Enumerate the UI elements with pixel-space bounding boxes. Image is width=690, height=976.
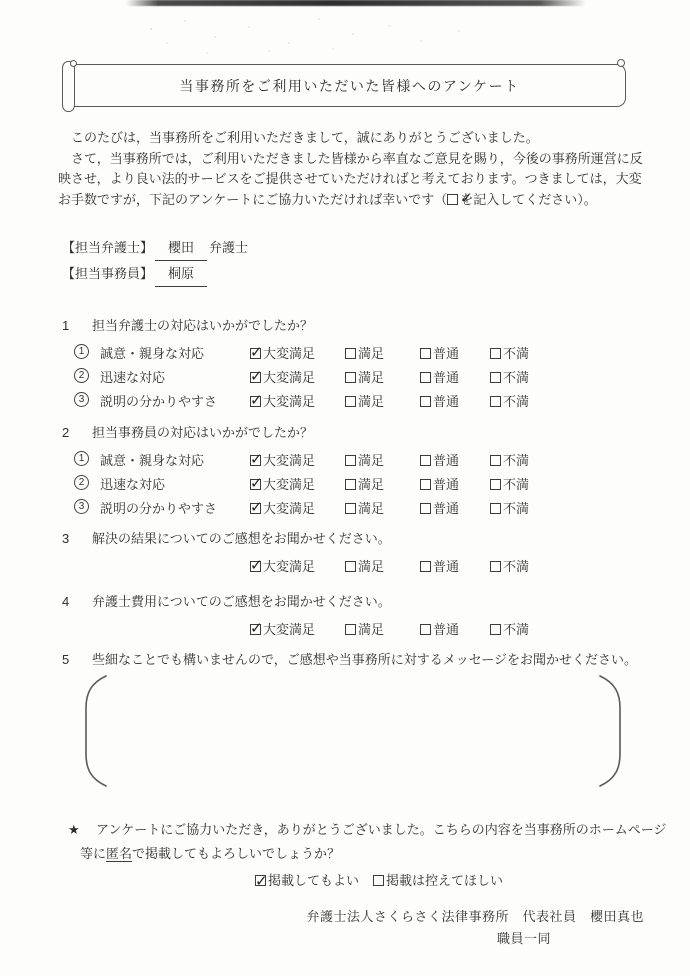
option-label: 満足 bbox=[358, 501, 384, 516]
consent-line-2-post: で掲載してもよろしいでしょうか？ bbox=[132, 846, 340, 861]
option-label: 普通 bbox=[433, 453, 459, 468]
scan-artifact-band bbox=[126, 0, 586, 6]
row-number-circle: 2 bbox=[74, 475, 89, 490]
option-very-satisfied: 大変満足 bbox=[250, 474, 315, 493]
intro-line-2-post: を記入してください）。 bbox=[460, 192, 597, 207]
row-label: 迅速な対応 bbox=[100, 367, 165, 386]
row-label: 説明の分かりやすさ bbox=[100, 498, 217, 517]
checked-checkbox-icon bbox=[250, 503, 261, 514]
option-label: 不満 bbox=[503, 477, 529, 492]
empty-checkbox-icon bbox=[490, 372, 501, 383]
row-number-circle: 3 bbox=[74, 392, 89, 407]
option-dissatisfied: 不満 bbox=[490, 619, 529, 638]
empty-checkbox-icon bbox=[345, 561, 356, 572]
title-banner: 当事務所をご利用いただいた皆様へのアンケート bbox=[73, 64, 626, 107]
question-row: 大変満足 満足 普通 不満 bbox=[62, 554, 642, 578]
comment-answer-area bbox=[62, 672, 632, 792]
empty-checkbox-icon bbox=[420, 561, 431, 572]
question-title: 弁護士費用についてのご感想をお聞かせください。 bbox=[92, 594, 391, 609]
question-3-heading: 3解決の結果についてのご感想をお聞かせください。 bbox=[62, 528, 642, 554]
intro-line-1: このたびは，当事務所をご利用いただきまして，誠にありがとうございました。 bbox=[58, 128, 648, 149]
checked-checkbox-icon bbox=[255, 875, 266, 886]
question-row: 3 説明の分かりやすさ 大変満足 満足 普通 不満 bbox=[62, 389, 642, 413]
row-number-circle: 3 bbox=[74, 499, 89, 514]
row-number-circle: 1 bbox=[74, 344, 89, 359]
scroll-knob-left-icon bbox=[70, 60, 77, 67]
option-very-satisfied: 大変満足 bbox=[250, 556, 315, 575]
empty-checkbox-icon bbox=[490, 396, 501, 407]
empty-checkbox-icon bbox=[420, 479, 431, 490]
empty-checkbox-icon bbox=[420, 372, 431, 383]
staff-block: 【担当弁護士】櫻田弁護士 【担当事務員】桐原 bbox=[62, 235, 248, 287]
question-title: 些細なことでも構いませんので，ご感想や当事務所に対するメッセージをお聞かせくださ… bbox=[92, 652, 637, 667]
firm-signature-line: 弁護士法人さくらさく法律事務所 代表社員 櫻田真也 bbox=[0, 906, 644, 925]
option-label: 満足 bbox=[358, 394, 384, 409]
option-very-satisfied: 大変満足 bbox=[250, 450, 315, 469]
consent-line-1: アンケートにご協力いただき，ありがとうございました。こちらの内容を当事務所のホー… bbox=[96, 818, 666, 842]
option-allow-publish: 掲載してもよい bbox=[255, 869, 359, 893]
option-label: 普通 bbox=[433, 370, 459, 385]
star-icon: ★ bbox=[68, 818, 80, 842]
clerk-label: 【担当事務員】 bbox=[62, 266, 153, 281]
lawyer-label: 【担当弁護士】 bbox=[62, 240, 153, 255]
question-title: 担当弁護士の対応はいかがでしたか？ bbox=[92, 318, 313, 333]
option-normal: 普通 bbox=[420, 619, 459, 638]
option-label: 普通 bbox=[433, 501, 459, 516]
question-1: 1担当弁護士の対応はいかがでしたか？ 1 誠意・親身な対応 大変満足 満足 普通… bbox=[62, 315, 642, 414]
option-dissatisfied: 不満 bbox=[490, 343, 529, 362]
option-satisfied: 満足 bbox=[345, 498, 384, 517]
empty-checkbox-icon bbox=[345, 455, 356, 466]
checked-checkbox-icon bbox=[250, 561, 261, 572]
empty-checkbox-icon bbox=[490, 561, 501, 572]
intro-line-1-text: このたびは，当事務所をご利用いただきまして，誠にありがとうございました。 bbox=[71, 130, 539, 145]
empty-checkbox-icon bbox=[420, 455, 431, 466]
option-label: 不満 bbox=[503, 501, 529, 516]
lawyer-name-field: 櫻田 bbox=[155, 235, 207, 261]
option-very-satisfied: 大変満足 bbox=[250, 498, 315, 517]
option-normal: 普通 bbox=[420, 498, 459, 517]
left-parenthesis bbox=[82, 674, 108, 788]
question-row: 3 説明の分かりやすさ 大変満足 満足 普通 不満 bbox=[62, 496, 642, 520]
option-label: 大変満足 bbox=[263, 370, 315, 385]
option-label: 満足 bbox=[358, 622, 384, 637]
option-label: 不満 bbox=[503, 346, 529, 361]
empty-checkbox-icon bbox=[373, 875, 384, 886]
consent-line-2: 等に匿名で掲載してもよろしいでしょうか？ bbox=[80, 842, 340, 866]
scroll-roll-left bbox=[62, 61, 75, 112]
option-dissatisfied: 不満 bbox=[490, 367, 529, 386]
checked-checkbox-icon bbox=[250, 396, 261, 407]
anonymous-underlined: 匿名 bbox=[106, 846, 132, 862]
clerk-line: 【担当事務員】桐原 bbox=[62, 261, 248, 287]
question-2-heading: 2担当事務員の対応はいかがでしたか？ bbox=[62, 422, 642, 448]
empty-checkbox-icon bbox=[420, 624, 431, 635]
question-number: 4 bbox=[62, 594, 92, 609]
empty-checkbox-icon bbox=[490, 348, 501, 359]
question-row: 1 誠意・親身な対応 大変満足 満足 普通 不満 bbox=[62, 448, 642, 472]
checked-checkbox-icon bbox=[250, 479, 261, 490]
option-label: 普通 bbox=[433, 477, 459, 492]
option-label: 普通 bbox=[433, 394, 459, 409]
checked-checkbox-icon bbox=[250, 372, 261, 383]
option-normal: 普通 bbox=[420, 474, 459, 493]
option-normal: 普通 bbox=[420, 343, 459, 362]
option-very-satisfied: 大変満足 bbox=[250, 367, 315, 386]
right-parenthesis bbox=[598, 674, 624, 788]
option-dissatisfied: 不満 bbox=[490, 556, 529, 575]
option-label: 大変満足 bbox=[263, 501, 315, 516]
option-very-satisfied: 大変満足 bbox=[250, 619, 315, 638]
empty-checkbox-icon bbox=[420, 396, 431, 407]
option-normal: 普通 bbox=[420, 391, 459, 410]
row-number-circle: 1 bbox=[74, 451, 89, 466]
option-label: 掲載してもよい bbox=[268, 873, 359, 888]
staff-signature-line: 職員一同 bbox=[497, 928, 551, 947]
option-label: 大変満足 bbox=[263, 453, 315, 468]
option-very-satisfied: 大変満足 bbox=[250, 391, 315, 410]
option-satisfied: 満足 bbox=[345, 450, 384, 469]
row-label: 迅速な対応 bbox=[100, 474, 165, 493]
option-label: 大変満足 bbox=[263, 394, 315, 409]
option-label: 満足 bbox=[358, 559, 384, 574]
option-dissatisfied: 不満 bbox=[490, 474, 529, 493]
option-satisfied: 満足 bbox=[345, 556, 384, 575]
empty-checkbox-icon bbox=[345, 372, 356, 383]
option-label: 大変満足 bbox=[263, 622, 315, 637]
option-satisfied: 満足 bbox=[345, 474, 384, 493]
lawyer-line: 【担当弁護士】櫻田弁護士 bbox=[62, 235, 248, 261]
checked-checkbox-icon bbox=[250, 455, 261, 466]
question-row: 大変満足 満足 普通 不満 bbox=[62, 617, 642, 641]
option-label: 大変満足 bbox=[263, 559, 315, 574]
question-4: 4弁護士費用についてのご感想をお聞かせください。 大変満足 満足 普通 不満 bbox=[62, 591, 642, 641]
option-label: 不満 bbox=[503, 370, 529, 385]
empty-checkbox-icon bbox=[490, 479, 501, 490]
empty-checkbox-icon bbox=[345, 396, 356, 407]
option-label: 普通 bbox=[433, 622, 459, 637]
empty-checkbox-icon bbox=[345, 479, 356, 490]
empty-checkbox-icon bbox=[490, 455, 501, 466]
checked-checkbox-icon bbox=[250, 348, 261, 359]
empty-checkbox-icon bbox=[345, 503, 356, 514]
row-label: 誠意・親身な対応 bbox=[100, 343, 204, 362]
option-label: 不満 bbox=[503, 394, 529, 409]
consent-line-2-pre: 等に bbox=[80, 846, 106, 861]
option-satisfied: 満足 bbox=[345, 367, 384, 386]
option-label: 満足 bbox=[358, 453, 384, 468]
scan-noise-speckles bbox=[0, 0, 2, 2]
option-label: 掲載は控えてほしい bbox=[386, 873, 503, 888]
option-label: 不満 bbox=[503, 559, 529, 574]
option-label: 満足 bbox=[358, 370, 384, 385]
question-number: 1 bbox=[62, 318, 92, 333]
option-dissatisfied: 不満 bbox=[490, 498, 529, 517]
question-row: 2 迅速な対応 大変満足 満足 普通 不満 bbox=[62, 365, 642, 389]
question-row: 2 迅速な対応 大変満足 満足 普通 不満 bbox=[62, 472, 642, 496]
option-very-satisfied: 大変満足 bbox=[250, 343, 315, 362]
option-label: 不満 bbox=[503, 622, 529, 637]
scroll-curl-right-icon bbox=[617, 59, 625, 67]
question-1-heading: 1担当弁護士の対応はいかがでしたか？ bbox=[62, 315, 642, 341]
empty-checkbox-icon bbox=[420, 503, 431, 514]
clerk-name-field: 桐原 bbox=[155, 261, 207, 287]
empty-checkbox-icon bbox=[345, 624, 356, 635]
empty-checkbox-icon bbox=[490, 624, 501, 635]
option-label: 満足 bbox=[358, 346, 384, 361]
question-3: 3解決の結果についてのご感想をお聞かせください。 大変満足 満足 普通 不満 bbox=[62, 528, 642, 578]
question-title: 担当事務員の対応はいかがでしたか？ bbox=[92, 425, 313, 440]
lawyer-suffix: 弁護士 bbox=[209, 240, 248, 255]
checked-checkbox-icon bbox=[250, 624, 261, 635]
option-label: 大変満足 bbox=[263, 477, 315, 492]
option-satisfied: 満足 bbox=[345, 343, 384, 362]
consent-options-row: 掲載してもよい 掲載は控えてほしい bbox=[62, 867, 648, 891]
page-title: 当事務所をご利用いただいた皆様へのアンケート bbox=[179, 76, 519, 96]
option-normal: 普通 bbox=[420, 367, 459, 386]
question-title: 解決の結果についてのご感想をお聞かせください。 bbox=[92, 531, 391, 546]
option-label: 普通 bbox=[433, 559, 459, 574]
row-label: 誠意・親身な対応 bbox=[100, 450, 204, 469]
option-normal: 普通 bbox=[420, 450, 459, 469]
option-label: 不満 bbox=[503, 453, 529, 468]
question-number: 5 bbox=[62, 652, 92, 667]
option-label: 満足 bbox=[358, 477, 384, 492]
intro-text: このたびは，当事務所をご利用いただきまして，誠にありがとうございました。 さて，… bbox=[58, 128, 648, 210]
question-4-heading: 4弁護士費用についてのご感想をお聞かせください。 bbox=[62, 591, 642, 617]
question-number: 3 bbox=[62, 531, 92, 546]
empty-checkbox-icon bbox=[420, 348, 431, 359]
option-decline-publish: 掲載は控えてほしい bbox=[373, 869, 503, 893]
question-number: 2 bbox=[62, 425, 92, 440]
empty-checkbox-icon bbox=[345, 348, 356, 359]
question-row: 1 誠意・親身な対応 大変満足 満足 普通 不満 bbox=[62, 341, 642, 365]
option-label: 大変満足 bbox=[263, 346, 315, 361]
option-dissatisfied: 不満 bbox=[490, 450, 529, 469]
option-dissatisfied: 不満 bbox=[490, 391, 529, 410]
intro-line-2: さて，当事務所では，ご利用いただきました皆様から率直なご意見を賜り，今後の事務所… bbox=[58, 149, 648, 211]
row-label: 説明の分かりやすさ bbox=[100, 391, 217, 410]
option-label: 普通 bbox=[433, 346, 459, 361]
option-satisfied: 満足 bbox=[345, 619, 384, 638]
option-satisfied: 満足 bbox=[345, 391, 384, 410]
option-normal: 普通 bbox=[420, 556, 459, 575]
checked-checkbox-icon bbox=[447, 194, 458, 205]
question-2: 2担当事務員の対応はいかがでしたか？ 1 誠意・親身な対応 大変満足 満足 普通… bbox=[62, 422, 642, 521]
row-number-circle: 2 bbox=[74, 368, 89, 383]
survey-scan-page: 当事務所をご利用いただいた皆様へのアンケート このたびは，当事務所をご利用いただ… bbox=[0, 0, 690, 976]
empty-checkbox-icon bbox=[490, 503, 501, 514]
